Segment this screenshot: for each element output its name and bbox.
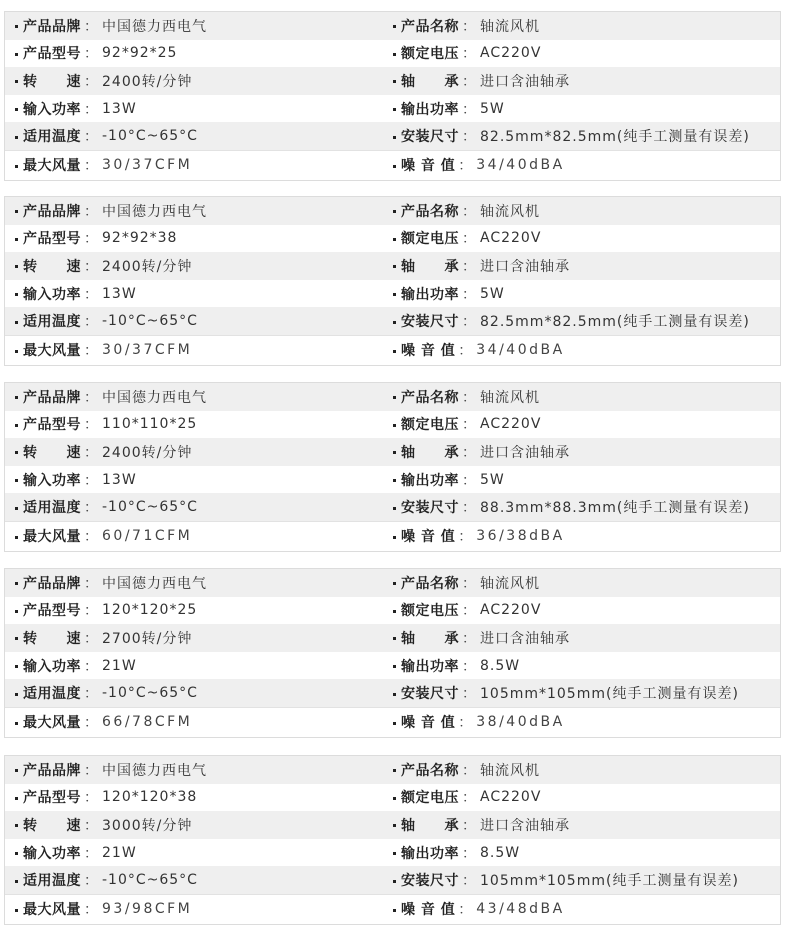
spec-row: 最大风量：66/78CFM噪 音 值：38/40dBA	[5, 707, 780, 737]
spec-label: 噪 音 值	[401, 899, 455, 919]
spec-cell: 产品品牌：中国德力西电气	[5, 387, 391, 407]
spec-label: 输入功率	[23, 470, 81, 490]
bullet-icon	[393, 769, 396, 772]
separator: ：	[462, 442, 476, 462]
spec-label: 适用温度	[23, 870, 81, 890]
spec-value: 进口含油轴承	[480, 71, 570, 91]
separator: ：	[462, 843, 476, 863]
spec-value: -10°C~65°C	[102, 128, 198, 144]
bullet-icon	[15, 880, 18, 883]
spec-value: 轴流风机	[480, 573, 540, 593]
bullet-icon	[393, 53, 396, 56]
bullet-icon	[15, 769, 18, 772]
spec-cell: 输出功率：5W	[391, 470, 780, 490]
spec-cell: 额定电压：AC220V	[391, 228, 780, 248]
bullet-icon	[15, 210, 18, 213]
spec-cell: 安装尺寸：88.3mm*88.3mm(纯手工测量有误差)	[391, 497, 780, 517]
spec-row: 产品品牌：中国德力西电气产品名称：轴流风机	[5, 12, 780, 40]
spec-label: 输出功率	[401, 99, 459, 119]
spec-label: 产品名称	[401, 201, 459, 221]
separator: ：	[462, 470, 476, 490]
separator: ：	[462, 760, 476, 780]
spec-cell: 噪 音 值：36/38dBA	[391, 526, 780, 546]
bullet-icon	[15, 108, 18, 111]
bullet-icon	[15, 507, 18, 510]
spec-label: 额定电压	[401, 600, 459, 620]
separator: ：	[458, 340, 472, 360]
separator: ：	[84, 760, 98, 780]
spec-cell: 输入功率：13W	[5, 470, 391, 490]
bullet-icon	[15, 479, 18, 482]
spec-label: 轴 承	[401, 442, 459, 462]
spec-label: 安装尺寸	[401, 870, 459, 890]
separator: ：	[84, 256, 98, 276]
spec-label: 产品品牌	[23, 16, 81, 36]
spec-label: 适用温度	[23, 683, 81, 703]
spec-cell: 产品品牌：中国德力西电气	[5, 201, 391, 221]
spec-cell: 产品名称：轴流风机	[391, 16, 780, 36]
spec-value: 105mm*105mm(纯手工测量有误差)	[480, 870, 739, 890]
separator: ：	[462, 16, 476, 36]
spec-row: 转 速：2700转/分钟轴 承：进口含油轴承	[5, 624, 780, 652]
bullet-icon	[393, 293, 396, 296]
spec-value: 30/37CFM	[102, 157, 192, 173]
bullet-icon	[393, 582, 396, 585]
spec-value: 66/78CFM	[102, 714, 192, 730]
bullet-icon	[15, 637, 18, 640]
spec-label: 适用温度	[23, 126, 81, 146]
separator: ：	[462, 201, 476, 221]
separator: ：	[462, 99, 476, 119]
spec-cell: 产品型号：92*92*25	[5, 43, 391, 63]
spec-value: 进口含油轴承	[480, 442, 570, 462]
spec-cell: 转 速：2400转/分钟	[5, 71, 391, 91]
spec-row: 产品型号：92*92*38额定电压：AC220V	[5, 225, 780, 253]
spec-cell: 输出功率：8.5W	[391, 656, 780, 676]
spec-label: 噪 音 值	[401, 340, 455, 360]
separator: ：	[462, 497, 476, 517]
spec-row: 输入功率：21W输出功率：8.5W	[5, 839, 780, 867]
bullet-icon	[15, 693, 18, 696]
spec-value: 110*110*25	[102, 416, 197, 432]
spec-row: 输入功率：13W输出功率：5W	[5, 280, 780, 308]
spec-value: 中国德力西电气	[102, 16, 207, 36]
separator: ：	[84, 573, 98, 593]
spec-cell: 最大风量：30/37CFM	[5, 155, 391, 175]
separator: ：	[84, 43, 98, 63]
spec-cell: 产品名称：轴流风机	[391, 387, 780, 407]
spec-table: 产品品牌：中国德力西电气产品名称：轴流风机产品型号：92*92*25额定电压：A…	[4, 11, 781, 181]
spec-label: 输入功率	[23, 843, 81, 863]
spec-label: 额定电压	[401, 228, 459, 248]
spec-label: 安装尺寸	[401, 126, 459, 146]
spec-cell: 适用温度：-10°C~65°C	[5, 311, 391, 331]
separator: ：	[84, 470, 98, 490]
spec-value: 88.3mm*88.3mm(纯手工测量有误差)	[480, 497, 750, 517]
spec-cell: 安装尺寸：82.5mm*82.5mm(纯手工测量有误差)	[391, 311, 780, 331]
spec-row: 适用温度：-10°C~65°C安装尺寸：88.3mm*88.3mm(纯手工测量有…	[5, 493, 780, 521]
separator: ：	[462, 600, 476, 620]
spec-table: 产品品牌：中国德力西电气产品名称：轴流风机产品型号：110*110*25额定电压…	[4, 382, 781, 552]
spec-label: 产品型号	[23, 228, 81, 248]
spec-cell: 额定电压：AC220V	[391, 43, 780, 63]
spec-cell: 轴 承：进口含油轴承	[391, 628, 780, 648]
bullet-icon	[15, 136, 18, 139]
spec-cell: 适用温度：-10°C~65°C	[5, 126, 391, 146]
bullet-icon	[393, 451, 396, 454]
spec-label: 噪 音 值	[401, 155, 455, 175]
spec-cell: 产品型号：110*110*25	[5, 414, 391, 434]
spec-cell: 噪 音 值：34/40dBA	[391, 155, 780, 175]
spec-cell: 产品型号：120*120*25	[5, 600, 391, 620]
spec-value: 2400转/分钟	[102, 256, 192, 276]
spec-row: 产品型号：120*120*38额定电压：AC220V	[5, 784, 780, 812]
spec-cell: 轴 承：进口含油轴承	[391, 815, 780, 835]
spec-label: 产品型号	[23, 787, 81, 807]
spec-label: 输出功率	[401, 284, 459, 304]
spec-label: 产品名称	[401, 387, 459, 407]
spec-value: 43/48dBA	[476, 901, 564, 917]
spec-value: 21W	[102, 658, 137, 674]
spec-value: 13W	[102, 472, 137, 488]
spec-label: 产品品牌	[23, 201, 81, 221]
spec-label: 产品型号	[23, 43, 81, 63]
bullet-icon	[393, 507, 396, 510]
bullet-icon	[15, 350, 18, 353]
spec-value: 34/40dBA	[476, 342, 564, 358]
spec-value: -10°C~65°C	[102, 685, 198, 701]
separator: ：	[84, 71, 98, 91]
spec-label: 轴 承	[401, 71, 459, 91]
spec-label: 产品品牌	[23, 387, 81, 407]
spec-value: 5W	[480, 286, 505, 302]
spec-value: 82.5mm*82.5mm(纯手工测量有误差)	[480, 126, 750, 146]
spec-value: 13W	[102, 286, 137, 302]
separator: ：	[462, 414, 476, 434]
spec-cell: 输入功率：21W	[5, 843, 391, 863]
spec-row: 产品品牌：中国德力西电气产品名称：轴流风机	[5, 569, 780, 597]
bullet-icon	[393, 350, 396, 353]
spec-label: 轴 承	[401, 815, 459, 835]
bullet-icon	[15, 797, 18, 800]
bullet-icon	[393, 238, 396, 241]
spec-cell: 噪 音 值：38/40dBA	[391, 712, 780, 732]
spec-label: 适用温度	[23, 311, 81, 331]
spec-label: 转 速	[23, 256, 81, 276]
bullet-icon	[15, 536, 18, 539]
separator: ：	[84, 340, 98, 360]
separator: ：	[84, 712, 98, 732]
spec-label: 产品品牌	[23, 760, 81, 780]
spec-row: 转 速：2400转/分钟轴 承：进口含油轴承	[5, 252, 780, 280]
spec-label: 额定电压	[401, 787, 459, 807]
separator: ：	[84, 899, 98, 919]
spec-label: 安装尺寸	[401, 683, 459, 703]
spec-value: AC220V	[480, 45, 541, 61]
spec-value: 120*120*25	[102, 602, 197, 618]
spec-label: 适用温度	[23, 497, 81, 517]
spec-row: 产品品牌：中国德力西电气产品名称：轴流风机	[5, 197, 780, 225]
spec-row: 最大风量：93/98CFM噪 音 值：43/48dBA	[5, 894, 780, 924]
bullet-icon	[393, 136, 396, 139]
spec-row: 最大风量：60/71CFM噪 音 值：36/38dBA	[5, 521, 780, 551]
spec-label: 输入功率	[23, 656, 81, 676]
spec-label: 轴 承	[401, 628, 459, 648]
spec-value: 30/37CFM	[102, 342, 192, 358]
separator: ：	[462, 43, 476, 63]
spec-value: 5W	[480, 472, 505, 488]
bullet-icon	[15, 53, 18, 56]
separator: ：	[84, 126, 98, 146]
spec-label: 输出功率	[401, 470, 459, 490]
spec-value: 轴流风机	[480, 201, 540, 221]
spec-label: 安装尺寸	[401, 311, 459, 331]
bullet-icon	[393, 321, 396, 324]
bullet-icon	[15, 424, 18, 427]
spec-cell: 产品品牌：中国德力西电气	[5, 760, 391, 780]
spec-cell: 转 速：2400转/分钟	[5, 256, 391, 276]
separator: ：	[84, 843, 98, 863]
separator: ：	[462, 787, 476, 807]
separator: ：	[84, 414, 98, 434]
spec-cell: 最大风量：66/78CFM	[5, 712, 391, 732]
separator: ：	[462, 387, 476, 407]
spec-cell: 输出功率：5W	[391, 99, 780, 119]
bullet-icon	[393, 610, 396, 613]
spec-value: 中国德力西电气	[102, 760, 207, 780]
spec-value: 轴流风机	[480, 16, 540, 36]
spec-label: 输出功率	[401, 843, 459, 863]
spec-value: 2400转/分钟	[102, 71, 192, 91]
spec-cell: 轴 承：进口含油轴承	[391, 256, 780, 276]
spec-value: -10°C~65°C	[102, 872, 198, 888]
bullet-icon	[393, 797, 396, 800]
spec-cell: 输入功率：21W	[5, 656, 391, 676]
spec-label: 最大风量	[23, 340, 81, 360]
spec-value: 105mm*105mm(纯手工测量有误差)	[480, 683, 739, 703]
spec-label: 产品名称	[401, 16, 459, 36]
spec-label: 产品名称	[401, 760, 459, 780]
bullet-icon	[15, 80, 18, 83]
spec-value: 38/40dBA	[476, 714, 564, 730]
spec-value: 进口含油轴承	[480, 628, 570, 648]
spec-label: 输出功率	[401, 656, 459, 676]
spec-value: AC220V	[480, 230, 541, 246]
spec-row: 输入功率：21W输出功率：8.5W	[5, 652, 780, 680]
spec-label: 转 速	[23, 71, 81, 91]
spec-value: 92*92*38	[102, 230, 177, 246]
separator: ：	[462, 256, 476, 276]
spec-value: 中国德力西电气	[102, 201, 207, 221]
spec-cell: 最大风量：93/98CFM	[5, 899, 391, 919]
bullet-icon	[15, 293, 18, 296]
spec-label: 最大风量	[23, 712, 81, 732]
bullet-icon	[393, 637, 396, 640]
spec-value: 5W	[480, 101, 505, 117]
spec-value: 2400转/分钟	[102, 442, 192, 462]
spec-cell: 额定电压：AC220V	[391, 600, 780, 620]
spec-cell: 额定电压：AC220V	[391, 414, 780, 434]
spec-cell: 转 速：3000转/分钟	[5, 815, 391, 835]
spec-label: 转 速	[23, 442, 81, 462]
spec-value: 2700转/分钟	[102, 628, 192, 648]
spec-cell: 输入功率：13W	[5, 284, 391, 304]
bullet-icon	[15, 238, 18, 241]
spec-cell: 产品型号：120*120*38	[5, 787, 391, 807]
spec-value: 轴流风机	[480, 387, 540, 407]
spec-cell: 轴 承：进口含油轴承	[391, 442, 780, 462]
separator: ：	[84, 526, 98, 546]
spec-value: -10°C~65°C	[102, 499, 198, 515]
spec-cell: 最大风量：60/71CFM	[5, 526, 391, 546]
spec-label: 产品品牌	[23, 573, 81, 593]
spec-value: 34/40dBA	[476, 157, 564, 173]
spec-table: 产品品牌：中国德力西电气产品名称：轴流风机产品型号：92*92*38额定电压：A…	[4, 196, 781, 366]
bullet-icon	[393, 479, 396, 482]
bullet-icon	[15, 722, 18, 725]
spec-value: 进口含油轴承	[480, 256, 570, 276]
bullet-icon	[15, 165, 18, 168]
bullet-icon	[15, 610, 18, 613]
bullet-icon	[393, 165, 396, 168]
spec-cell: 产品品牌：中国德力西电气	[5, 573, 391, 593]
spec-row: 产品型号：92*92*25额定电压：AC220V	[5, 40, 780, 68]
spec-value: 进口含油轴承	[480, 815, 570, 835]
spec-label: 轴 承	[401, 256, 459, 276]
spec-value: 13W	[102, 101, 137, 117]
spec-value: AC220V	[480, 789, 541, 805]
separator: ：	[84, 870, 98, 890]
spec-cell: 产品品牌：中国德力西电气	[5, 16, 391, 36]
separator: ：	[84, 311, 98, 331]
spec-cell: 额定电压：AC220V	[391, 787, 780, 807]
spec-value: 60/71CFM	[102, 528, 192, 544]
bullet-icon	[393, 25, 396, 28]
spec-value: 82.5mm*82.5mm(纯手工测量有误差)	[480, 311, 750, 331]
spec-label: 最大风量	[23, 526, 81, 546]
separator: ：	[84, 600, 98, 620]
bullet-icon	[15, 451, 18, 454]
spec-row: 适用温度：-10°C~65°C安装尺寸：82.5mm*82.5mm(纯手工测量有…	[5, 307, 780, 335]
separator: ：	[84, 656, 98, 676]
separator: ：	[84, 99, 98, 119]
spec-cell: 产品名称：轴流风机	[391, 573, 780, 593]
spec-cell: 最大风量：30/37CFM	[5, 340, 391, 360]
spec-value: 中国德力西电气	[102, 573, 207, 593]
bullet-icon	[393, 80, 396, 83]
spec-row: 最大风量：30/37CFM噪 音 值：34/40dBA	[5, 335, 780, 365]
separator: ：	[84, 284, 98, 304]
spec-cell: 安装尺寸：105mm*105mm(纯手工测量有误差)	[391, 870, 780, 890]
spec-label: 产品型号	[23, 600, 81, 620]
separator: ：	[84, 228, 98, 248]
separator: ：	[84, 497, 98, 517]
bullet-icon	[393, 824, 396, 827]
spec-cell: 转 速：2400转/分钟	[5, 442, 391, 462]
spec-value: AC220V	[480, 416, 541, 432]
separator: ：	[462, 311, 476, 331]
bullet-icon	[15, 665, 18, 668]
separator: ：	[462, 71, 476, 91]
spec-cell: 适用温度：-10°C~65°C	[5, 683, 391, 703]
bullet-icon	[393, 424, 396, 427]
bullet-icon	[393, 265, 396, 268]
separator: ：	[84, 787, 98, 807]
bullet-icon	[15, 824, 18, 827]
bullet-icon	[393, 536, 396, 539]
spec-label: 产品型号	[23, 414, 81, 434]
bullet-icon	[15, 582, 18, 585]
spec-cell: 适用温度：-10°C~65°C	[5, 870, 391, 890]
separator: ：	[84, 201, 98, 221]
bullet-icon	[15, 321, 18, 324]
separator: ：	[84, 815, 98, 835]
spec-row: 产品品牌：中国德力西电气产品名称：轴流风机	[5, 383, 780, 411]
spec-cell: 输入功率：13W	[5, 99, 391, 119]
separator: ：	[462, 870, 476, 890]
spec-cell: 产品型号：92*92*38	[5, 228, 391, 248]
spec-row: 产品型号：110*110*25额定电压：AC220V	[5, 411, 780, 439]
spec-row: 转 速：3000转/分钟轴 承：进口含油轴承	[5, 811, 780, 839]
bullet-icon	[393, 722, 396, 725]
spec-cell: 产品名称：轴流风机	[391, 760, 780, 780]
separator: ：	[462, 126, 476, 146]
spec-value: 中国德力西电气	[102, 387, 207, 407]
spec-value: 21W	[102, 845, 137, 861]
bullet-icon	[393, 210, 396, 213]
separator: ：	[84, 387, 98, 407]
separator: ：	[458, 899, 472, 919]
separator: ：	[462, 656, 476, 676]
spec-label: 额定电压	[401, 414, 459, 434]
separator: ：	[84, 628, 98, 648]
separator: ：	[84, 155, 98, 175]
spec-cell: 安装尺寸：82.5mm*82.5mm(纯手工测量有误差)	[391, 126, 780, 146]
bullet-icon	[393, 909, 396, 912]
spec-row: 适用温度：-10°C~65°C安装尺寸：82.5mm*82.5mm(纯手工测量有…	[5, 122, 780, 150]
spec-cell: 输出功率：5W	[391, 284, 780, 304]
spec-value: 93/98CFM	[102, 901, 192, 917]
spec-cell: 转 速：2700转/分钟	[5, 628, 391, 648]
separator: ：	[462, 815, 476, 835]
spec-row: 输入功率：13W输出功率：5W	[5, 95, 780, 123]
separator: ：	[462, 284, 476, 304]
spec-label: 额定电压	[401, 43, 459, 63]
spec-row: 产品型号：120*120*25额定电压：AC220V	[5, 597, 780, 625]
spec-value: 8.5W	[480, 845, 520, 861]
spec-cell: 产品名称：轴流风机	[391, 201, 780, 221]
separator: ：	[458, 712, 472, 732]
separator: ：	[458, 155, 472, 175]
bullet-icon	[15, 909, 18, 912]
spec-row: 适用温度：-10°C~65°C安装尺寸：105mm*105mm(纯手工测量有误差…	[5, 866, 780, 894]
spec-cell: 安装尺寸：105mm*105mm(纯手工测量有误差)	[391, 683, 780, 703]
bullet-icon	[15, 25, 18, 28]
spec-cell: 噪 音 值：43/48dBA	[391, 899, 780, 919]
spec-row: 转 速：2400转/分钟轴 承：进口含油轴承	[5, 438, 780, 466]
spec-value: 120*120*38	[102, 789, 197, 805]
bullet-icon	[393, 396, 396, 399]
spec-value: 92*92*25	[102, 45, 177, 61]
bullet-icon	[393, 665, 396, 668]
spec-label: 转 速	[23, 815, 81, 835]
spec-row: 最大风量：30/37CFM噪 音 值：34/40dBA	[5, 150, 780, 180]
spec-value: 8.5W	[480, 658, 520, 674]
spec-label: 输入功率	[23, 284, 81, 304]
spec-row: 产品品牌：中国德力西电气产品名称：轴流风机	[5, 756, 780, 784]
spec-value: 3000转/分钟	[102, 815, 192, 835]
spec-label: 噪 音 值	[401, 526, 455, 546]
